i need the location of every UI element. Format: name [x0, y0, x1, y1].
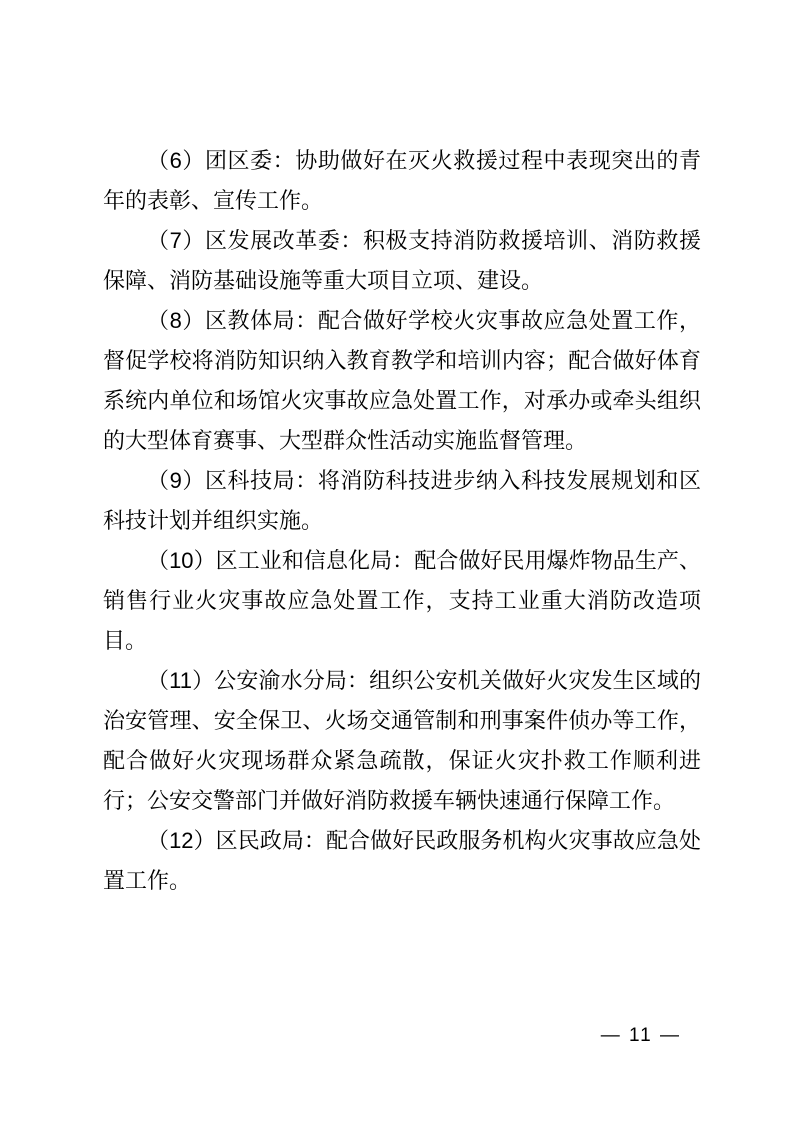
document-page: （6）团区委：协助做好在灭火救援过程中表现突出的青年的表彰、宣传工作。 （7）区…: [0, 0, 793, 1122]
paragraph-item-8: （8）区教体局：配合做好学校火灾事故应急处置工作，督促学校将消防知识纳入教育教学…: [103, 301, 701, 461]
paragraph-item-12: （12）区民政局：配合做好民政服务机构火灾事故应急处置工作。: [103, 821, 701, 901]
document-body: （6）团区委：协助做好在灭火救援过程中表现突出的青年的表彰、宣传工作。 （7）区…: [103, 141, 701, 901]
paragraph-item-9: （9）区科技局：将消防科技进步纳入科技发展规划和区科技计划并组织实施。: [103, 461, 701, 541]
paragraph-item-11: （11）公安渝水分局：组织公安机关做好火灾发生区域的治安管理、安全保卫、火场交通…: [103, 661, 701, 821]
paragraph-item-7: （7）区发展改革委：积极支持消防救援培训、消防救援保障、消防基础设施等重大项目立…: [103, 221, 701, 301]
paragraph-item-10: （10）区工业和信息化局：配合做好民用爆炸物品生产、销售行业火灾事故应急处置工作…: [103, 541, 701, 661]
page-number: — 11 —: [601, 1024, 681, 1048]
paragraph-item-6: （6）团区委：协助做好在灭火救援过程中表现突出的青年的表彰、宣传工作。: [103, 141, 701, 221]
